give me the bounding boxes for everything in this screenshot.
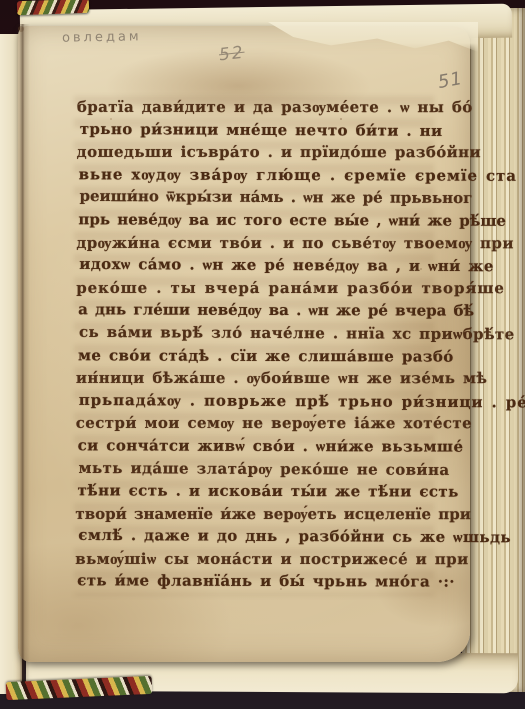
manuscript-line: реко́ше . ты вчера́ рана́ми разбо́и твор… xyxy=(76,277,474,300)
manuscript-line: твори́ знаменїе и́же верѹ́еть исцеленїе … xyxy=(75,503,473,526)
struck-out-folio-number: 52 xyxy=(218,43,246,66)
manuscript-line: прь неве́дѹ ва ис того есте вы́е , ѡни́ … xyxy=(78,208,476,232)
manuscript-text-block: братїа дави́дите и да разѹме́ете . ѡ ны … xyxy=(77,95,477,593)
manuscript-line: дошедьши ісъвра́то . и прїидо́ше разбо́й… xyxy=(77,141,475,164)
torn-edge-highlight xyxy=(268,22,478,52)
manuscript-line: реиши́но ѿкры́зи на́мь . ѡн же ре́ прьвь… xyxy=(79,185,477,210)
manuscript-line: прьпада́хѹ . поврьже прѣ́ трьно ри́зници… xyxy=(79,389,477,414)
manuscript-line: си сонча́тси живѡ́ сво́и . ѡни́же вьзьмш… xyxy=(78,434,476,458)
manuscript-line: ин́ници бѣжа́ше . ѹбои́вше ѡн же изе́мь … xyxy=(76,367,474,390)
manuscript-line: тѣ́ни єсть . и искова́и ты́и же тѣ́ни єс… xyxy=(77,479,475,503)
folio-number: 51 xyxy=(436,68,464,93)
manuscript-line: ємлѣ́ . даже и до днь , разбо́йни сь же … xyxy=(78,524,476,549)
manuscript-line: а днь гле́ши неве́дѹ ва . ѡн же ре́ вчер… xyxy=(78,299,476,323)
manuscript-line: трьно ри́зници мне́ще нечто би́ти . ни xyxy=(80,117,478,142)
manuscript-line: ме сво́и ста́дѣ . сїи же слиша́вше разбо… xyxy=(78,344,476,368)
spine-endband-top xyxy=(17,0,89,15)
manuscript-line: мьть ида́ше злата́рѹ реко́ше не сови́на xyxy=(79,456,477,481)
manuscript-line: сестри́ мои семѹ не верѹ́ете іа́же хоте́… xyxy=(76,412,474,435)
manuscript-line: вьмѹ́шіѡ сы мона́сти и пострижесе́ и при xyxy=(75,548,473,571)
manuscript-line: вьне хѹдѹ зва́рѹ глю́ще . єремїе єремїе … xyxy=(79,163,477,187)
manuscript-photo: овледам 52 51 братїа дави́дите и да разѹ… xyxy=(0,0,525,709)
manuscript-line: сь ва́ми вьрѣ́ зло́ наче́лне . ннїа хс п… xyxy=(79,321,477,346)
manuscript-line: дрѹжи́на єсми тво́и . и по сьве́тѹ твоем… xyxy=(76,231,474,254)
book-gutter xyxy=(16,24,30,694)
archival-pencil-note: овледам xyxy=(62,29,142,45)
manuscript-line: братїа дави́дите и да разѹме́ете . ѡ ны … xyxy=(77,96,475,119)
manuscript-line: идохѡ са́мо . ѡн же ре́ неве́дѹ ва , и ѡ… xyxy=(79,253,477,278)
manuscript-line: єть и́ме флавнїа́нь и бы́ чрьнь мно́га ·… xyxy=(77,570,475,594)
